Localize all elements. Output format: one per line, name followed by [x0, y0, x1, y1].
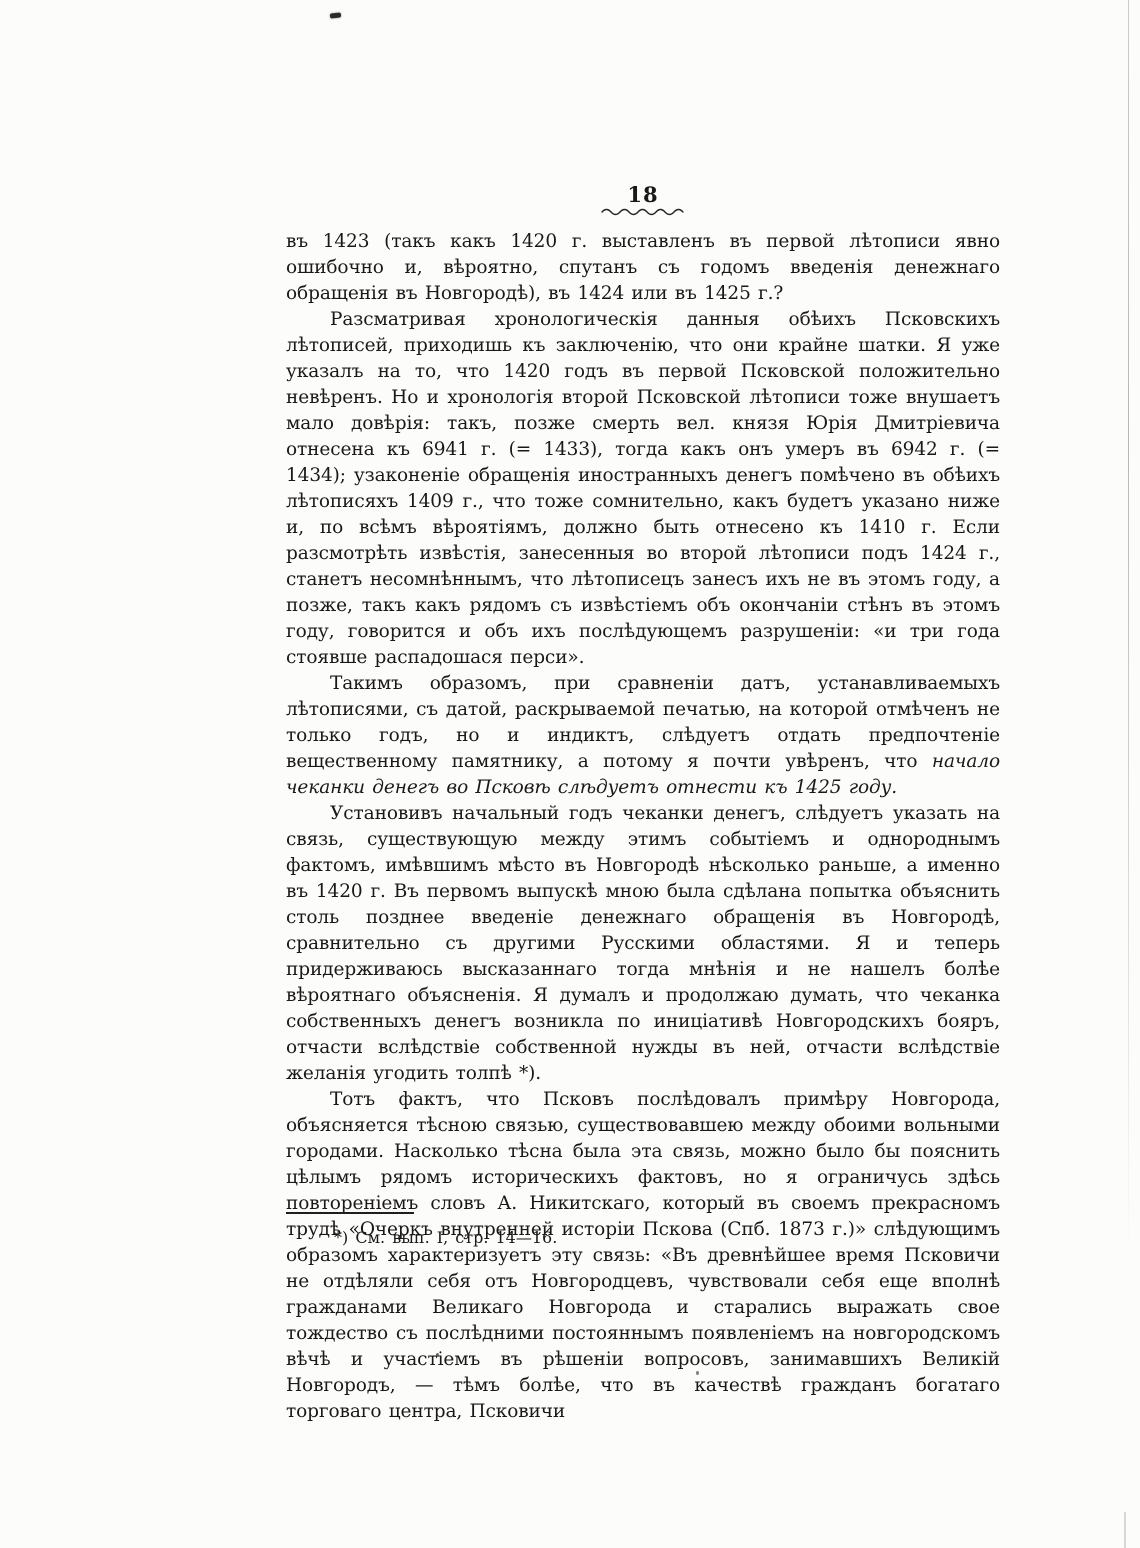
paragraph: Разсматривая хронологическія данныя обѣи…	[286, 307, 1000, 671]
footnote-rule	[286, 1212, 414, 1214]
paragraph: Такимъ образомъ, при сравненіи датъ, уст…	[286, 671, 1000, 801]
ornament-squiggle	[600, 206, 686, 216]
scan-artifact-fold-line-bottom	[1124, 1512, 1126, 1548]
running-head: 18	[286, 184, 1000, 216]
footnote-marker: *)	[334, 1228, 355, 1247]
paragraph: Установивъ начальный годъ чеканки денегъ…	[286, 801, 1000, 1087]
scan-artifact-ink-blot	[330, 12, 341, 18]
footnote-text: См. вып. I, стр. 14—16.	[355, 1228, 557, 1247]
paragraph-text: Такимъ образомъ, при сравненіи датъ, уст…	[286, 673, 1000, 772]
page-number: 18	[286, 184, 1000, 205]
book-page: 18 въ 1423 (такъ какъ 1420 г. выставленъ…	[0, 0, 1140, 1548]
footnote: *) См. вып. I, стр. 14—16.	[286, 1227, 1000, 1249]
footnote-block: *) См. вып. I, стр. 14—16.	[286, 1212, 1000, 1249]
paragraph: Тотъ фактъ, что Псковъ послѣдовалъ примѣ…	[286, 1087, 1000, 1425]
paragraph: въ 1423 (такъ какъ 1420 г. выставленъ въ…	[286, 229, 1000, 307]
scan-artifact-fold-line	[1128, 0, 1129, 1258]
